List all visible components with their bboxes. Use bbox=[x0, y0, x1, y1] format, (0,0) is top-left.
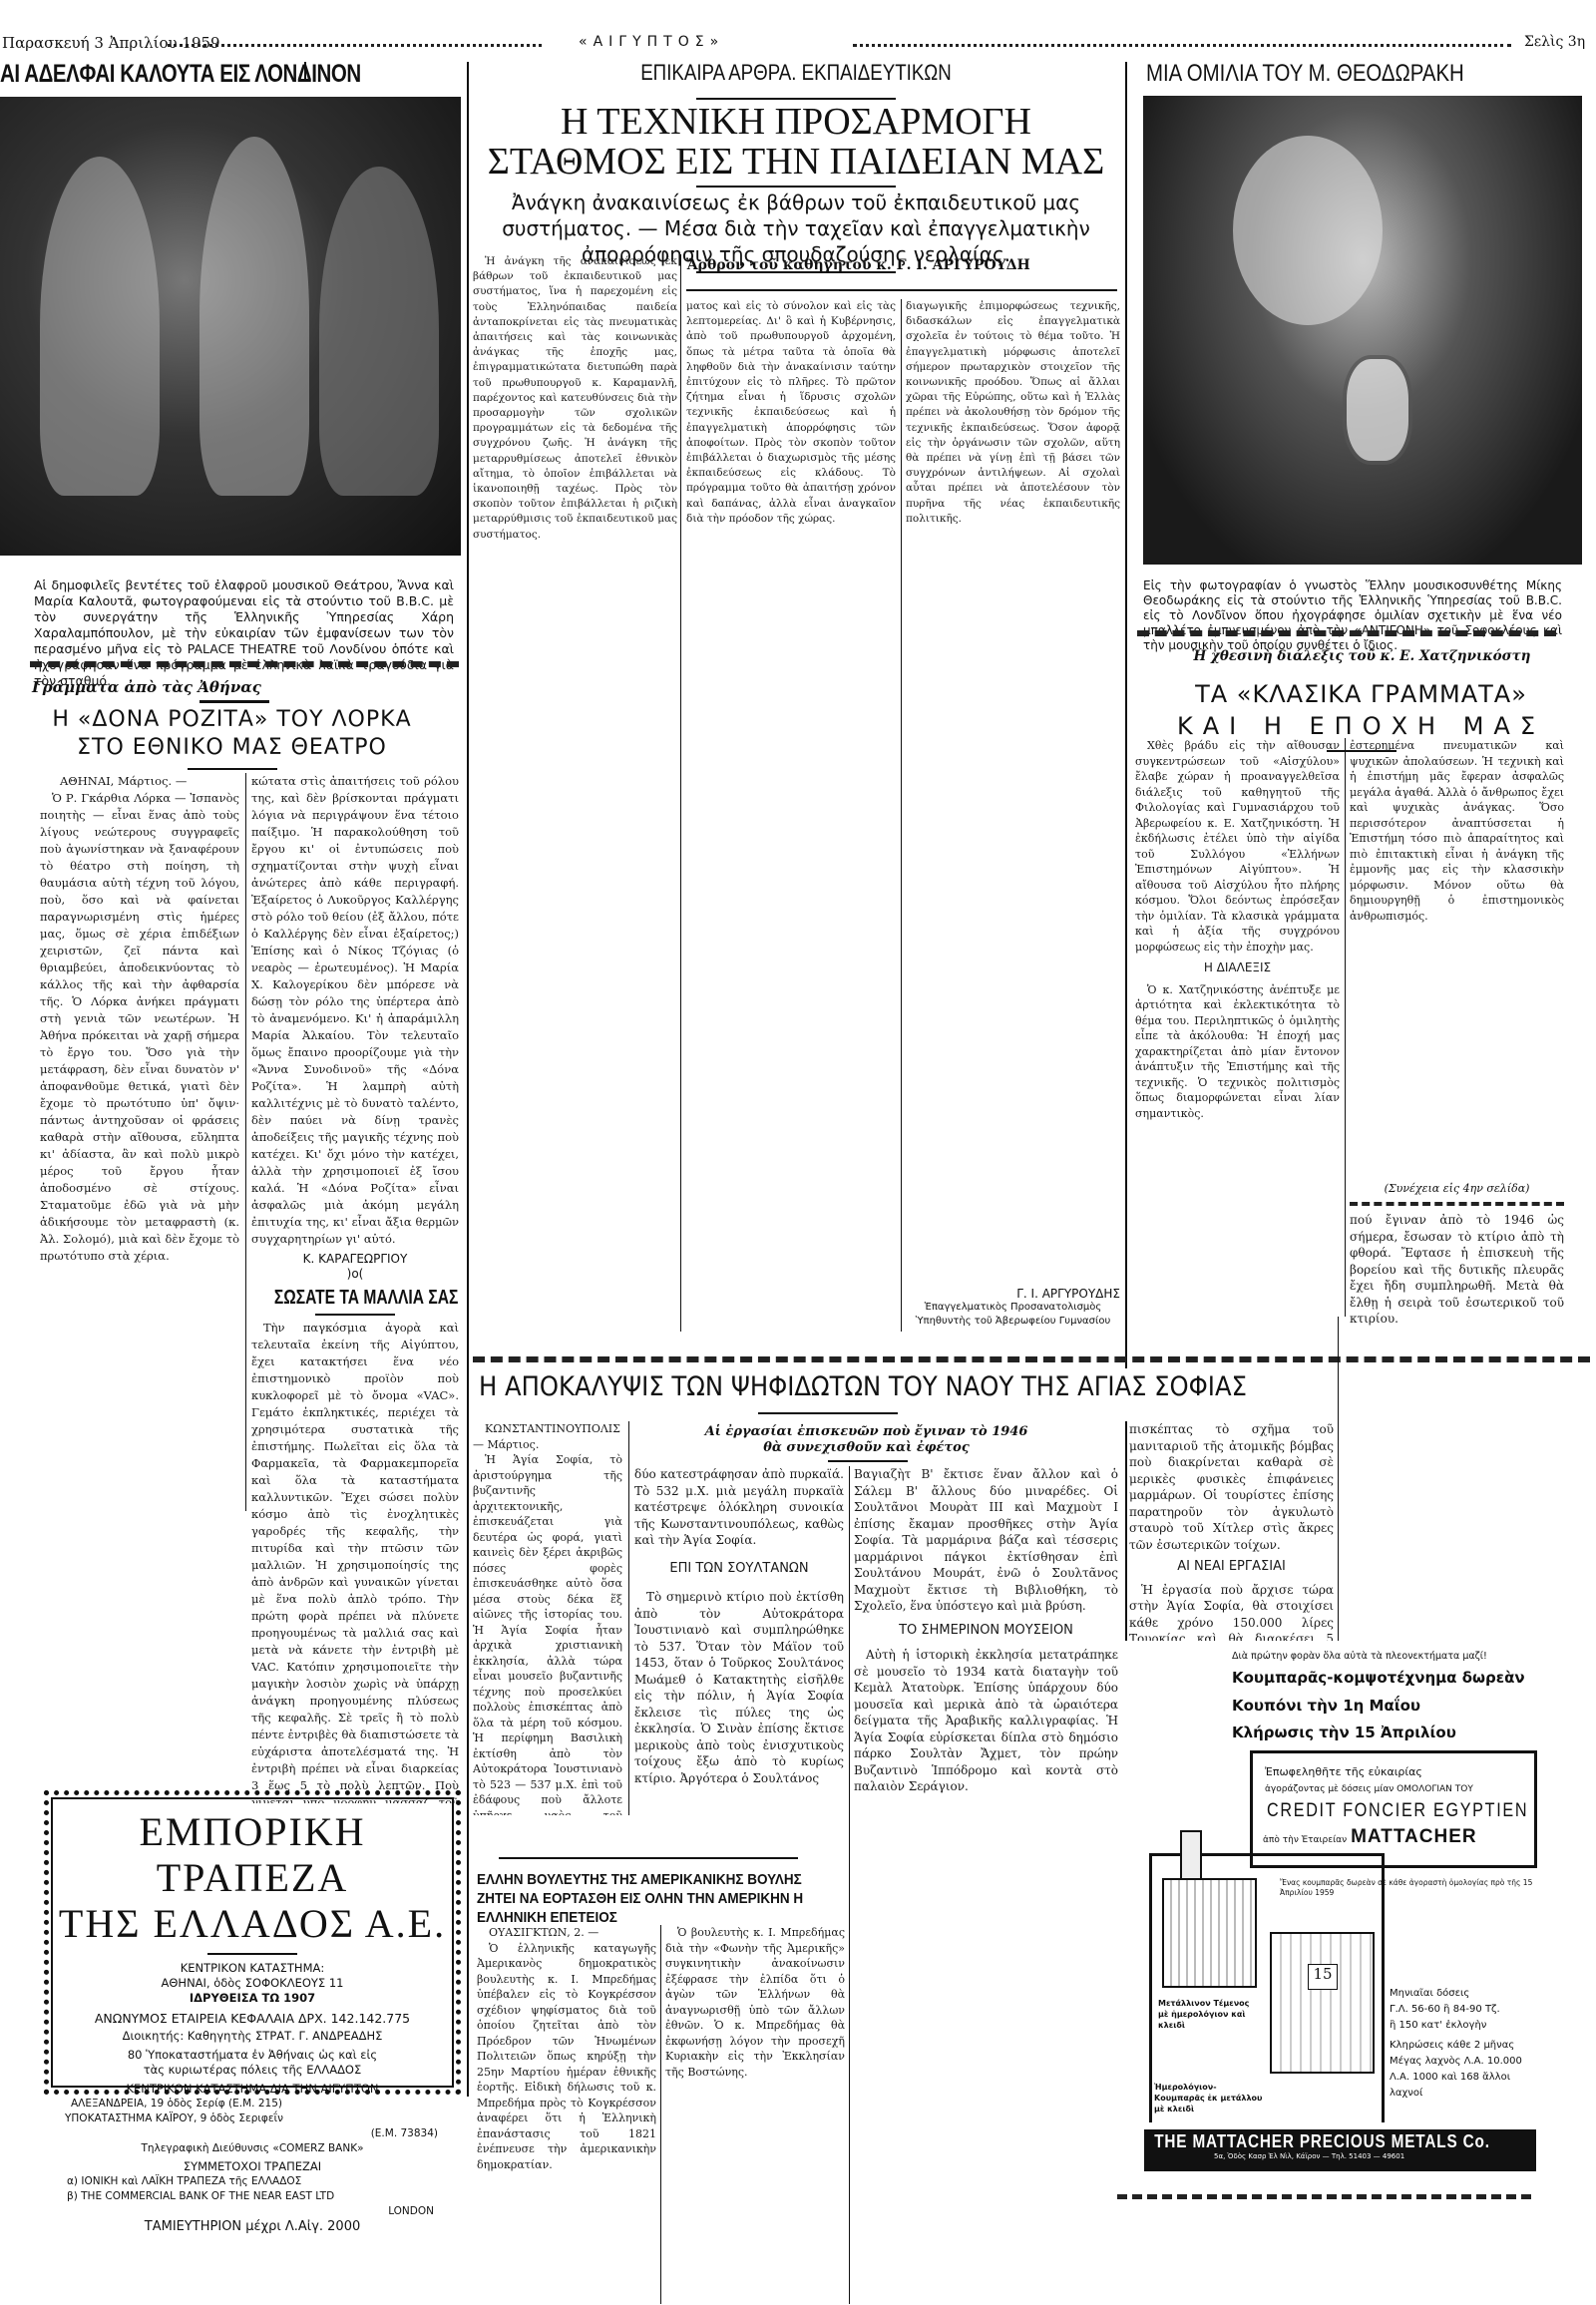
terms-line-4: Κληρώσεις κάθε 2 μῆνας bbox=[1390, 2038, 1539, 2054]
terms-line-6: Λ.Α. 1000 καὶ 168 ἄλλοι bbox=[1390, 2070, 1539, 2086]
cairo-branch: ΥΠΟΚΑΤΑΣΤΗΜΑ ΚΑΪΡΟΥ, 9 ὁδὸς Σεριφεΐν bbox=[49, 2112, 456, 2126]
dateline: ΟΥΑΣΙΓΚΤΩΝ, 2. — bbox=[477, 1925, 656, 1941]
terms-line-5: Μέγας λαχνὸς Λ.Α. 10.000 bbox=[1390, 2054, 1539, 2070]
terms-line-1: Μηνιαῖαι δόσεις bbox=[1390, 1986, 1539, 2002]
hair-product-article: ΣΩΣΑΤΕ ΤΑ ΜΑΛΛΙΑ ΣΑΣ Τὴν παγκόσμια ἀγορὰ… bbox=[251, 1287, 459, 1803]
box-line-3: CREDIT FONCIER EGYPTIEN bbox=[1267, 1800, 1494, 1822]
paragraph: Ὁ Ρ. Γκάρθια Λόρκα — Ἰσπανὸς ποιητὴς — ε… bbox=[40, 790, 239, 1265]
theodorakis-caption: Εἰς τὴν φωτογραφίαν ὁ γνωστὸς Ἕλλην μουσ… bbox=[1143, 578, 1562, 653]
byline-rule bbox=[686, 289, 1117, 291]
congress-top-rule bbox=[499, 1857, 798, 1859]
main-signature-block: Γ. Ι. ΑΡΓΥΡΟΥΔΗΣ Ἐπαγγελματικὸς Προσανατ… bbox=[906, 1287, 1120, 1329]
kicker-line-1: Αἱ ἐργασίαι ἐπισκευῶν ποὺ ἔγιναν τὸ 1946 bbox=[634, 1424, 1098, 1440]
photo-story-headline: ΑΙ ΑΔΕΛΦΑΙ ΚΑΛΟΥΤΑ ΕΙΣ ΛΟΝΔΙΝΟΝ bbox=[0, 60, 380, 89]
theodorakis-divider-dotted bbox=[1137, 630, 1556, 636]
theodorakis-photo bbox=[1143, 96, 1582, 565]
offer-line-2: Κουπόνι τὴν 1η Μαΐου bbox=[1232, 1697, 1420, 1715]
paragraph: δύο κατεστράφησαν ἀπὸ πυρκαϊά. Τὸ 532 μ.… bbox=[634, 1466, 844, 1549]
issue-date: Παρασκευή 3 Ἀπριλίου 1959 bbox=[2, 34, 220, 52]
terms: Μηνιαῖαι δόσεις Γ.Λ. 56-60 ἢ 84-90 Τζ. ἢ… bbox=[1390, 1986, 1539, 2102]
masthead-dotted-rule-right bbox=[853, 44, 1511, 47]
classics-col-divider bbox=[1350, 1202, 1564, 1206]
paragraph: Ἡ ἀνάγκη τῆς ἀνακαινίσεως ἐκ βάθρων τοῦ … bbox=[473, 254, 677, 543]
partner-banks-label: ΣΥΜΜΕΤΟΧΟΙ ΤΡΑΠΕΖΑΙ bbox=[49, 2159, 456, 2174]
governor: Διοικητής: Καθηγητὴς ΣΤΡΑΤ. Γ. ΑΝΔΡΕΑΔΗΣ bbox=[49, 2029, 456, 2044]
box-line-2: ἀγοράζοντας μὲ δόσεις μίαν ΟΜΟΛΟΓΙΑΝ ΤΟΥ bbox=[1265, 1784, 1534, 1794]
calendar-number: 15 bbox=[1308, 1964, 1338, 1990]
savings-info: ΤΑΜΙΕΥΤΗΡΙΟΝ μέχρι Λ.Αἰγ. 2000 bbox=[49, 2219, 456, 2234]
paragraph: Ἡ Ἁγία Σοφία, τὸ ἀριστούργημα τῆς βυζαντ… bbox=[473, 1452, 622, 1815]
sophia-kicker-rule bbox=[828, 1460, 908, 1462]
main-col-rule-1 bbox=[680, 254, 681, 1332]
box-line-4-prefix: ἀπὸ τὴν Ἑταιρείαν bbox=[1263, 1835, 1347, 1845]
headline-line-1: Η ΤΕΧΝΙΚΗ ΠΡΟΣΑΡΜΟΓΗ bbox=[471, 102, 1121, 142]
dateline: ΚΩΝΣΤΑΝΤΙΝΟΥΠΟΛΙΣ — Μάρτιος. bbox=[473, 1421, 622, 1452]
section-label: ΕΠΙΚΑΙΡΑ ΑΡΘΡΑ. ΕΚΠΑΙΔΕΥΤΙΚΩΝ bbox=[520, 60, 1072, 86]
sophia-headline-rule bbox=[758, 1412, 898, 1414]
offer-line-1: Κουμπαρᾶς-κομψοτέχνημα δωρεὰν bbox=[1232, 1669, 1525, 1687]
paragraph: πισκέπτας τὸ σχῆμα τοῦ μανιταριοῦ τῆς ἀτ… bbox=[1129, 1421, 1334, 1553]
egypt-hq: ΚΕΝΤΡΙΚΟΝ ΚΑΤΑΣΤΗΜΑ ΔΙΑ ΤΗΝ ΑΙΓΥΠΤΟΝ bbox=[49, 2082, 456, 2097]
terms-line-7: λαχνοί bbox=[1390, 2086, 1539, 2102]
sophia-col-4: πισκέπτας τὸ σχῆμα τοῦ μανιταριοῦ τῆς ἀτ… bbox=[1129, 1421, 1334, 1641]
paragraph: Χθὲς βράδυ εἰς τὴν αἴθουσαν συγκεντρώσεω… bbox=[1135, 738, 1340, 955]
branches-line-2: τὰς κυριωτέρας πόλεις τῆς ΕΛΛΑΔΟΣ bbox=[49, 2063, 456, 2078]
sophia-col-1: ΚΩΝΣΤΑΝΤΙΝΟΥΠΟΛΙΣ — Μάρτιος. Ἡ Ἁγία Σοφί… bbox=[473, 1421, 622, 1815]
sophia-headline: Η ΑΠΟΚΑΛΥΨΙΣ ΤΩΝ ΨΗΦΙΔΩΤΩΝ ΤΟΥ ΝΑΟΥ ΤΗΣ … bbox=[479, 1371, 1484, 1402]
page-number: Σελὶς 3η bbox=[1524, 34, 1585, 50]
classics-col-2-b: πού ἔγιναν ἀπὸ τὸ 1946 ὡς σήμερα, ἔσωσαν… bbox=[1350, 1212, 1564, 1641]
sophia-col-rule-4 bbox=[1338, 1317, 1339, 1641]
mosque-bank-icon bbox=[1162, 1878, 1257, 1988]
congress-col-2: Ὁ βουλευτὴς κ. Ι. Μπρεδήμας διὰ τὴν «Φων… bbox=[665, 1925, 845, 2304]
subheading: ΕΠΙ ΤΩΝ ΣΟΥΛΤΑΝΩΝ bbox=[634, 1561, 844, 1578]
item2-caption: Ἡμερολόγιον-Κουμπαρᾶς ἐκ μετάλλου μὲ κλε… bbox=[1154, 2082, 1264, 2114]
paragraph: πού ἔγιναν ἀπὸ τὸ 1946 ὡς σήμερα, ἔσωσαν… bbox=[1350, 1212, 1564, 1328]
company-address: 5α, Ὁδὸς Κασρ Ἐλ Νὶλ, Κάϊρον — Τηλ. 5140… bbox=[1144, 2152, 1536, 2160]
partner-bank-a: α) ΙΟΝΙΚΗ καὶ ΛΑΪΚΗ ΤΡΑΠΕΖΑ τῆς ΕΛΛΑΔΟΣ bbox=[49, 2174, 456, 2189]
terms-line-3: ἢ 150 κατ' ἐκλογὴν bbox=[1390, 2018, 1539, 2034]
main-article: ΕΠΙΚΑΙΡΑ ΑΡΘΡΑ. ΕΚΠΑΙΔΕΥΤΙΚΩΝ Η ΤΕΧΝΙΚΗ … bbox=[471, 60, 1121, 273]
rule-mid bbox=[696, 186, 896, 188]
hair-ad-text: Τὴν παγκόσμια ἀγορὰ καὶ τελευταῖα ἐκείνη… bbox=[251, 1320, 459, 1803]
mattacher-advertisement: Διὰ πρώτην φορὰν ὅλα αὐτὰ τὰ πλεονεκτήμα… bbox=[1132, 1651, 1596, 2169]
box-line-4: ἀπὸ τὴν Ἑταιρείαν MATTACHER bbox=[1263, 1826, 1534, 1848]
main-byline: Ἄρθρον τοῦ καθηγητοῦ κ. Γ. Ι. ΑΡΓΥΡΟΥΔΗ bbox=[686, 257, 1117, 273]
article-kicker: Γράμματα ἀπὸ τὰς Ἀθήνας bbox=[0, 678, 464, 696]
main-col-3: διαγωγικῆς ἐπιμορφώσεως τεχνικῆς, διδασκ… bbox=[906, 299, 1120, 1287]
alexandria-branch: ΑΛΕΞΑΝΔΡΕΙΑ, 19 ὁδὸς Σερίφ (Ε.Μ. 215) bbox=[49, 2097, 456, 2112]
author-title: Ἐπαγγελματικὸς Προσανατολισμὸς Ὑπηθυντὴς… bbox=[906, 1301, 1120, 1329]
partner-bank-b: β) THE COMMERCIAL BANK OF THE NEAR EAST … bbox=[49, 2189, 456, 2204]
kalouta-sisters-photo bbox=[0, 97, 461, 556]
bank-name-line-2: ΤΗΣ ΕΛΛΑΔΟΣ Α.Ε. bbox=[49, 1901, 456, 1947]
sophia-col-rule-2 bbox=[849, 1466, 850, 2304]
paragraph: κώτατα στὶς ἀπαιτήσεις τοῦ ρόλου της, κα… bbox=[251, 773, 459, 1248]
left-photo-story: ΑΙ ΑΔΕΛΦΑΙ ΚΑΛΟΥΤΑ ΕΙΣ ΛΟΝΔΙΝΟΝ Αἱ δημοφ… bbox=[0, 60, 464, 689]
paper-name: «ΑΙΓΥΠΤΟΣ» bbox=[579, 34, 724, 50]
gift-note: Ἕνας κουμπαρᾶς δωρεὰν σὲ κάθε ἀγοραστὴ ὁ… bbox=[1280, 1878, 1539, 1898]
headline-line-1: Η «ΔΟΝΑ ΡΟΖΙΤΑ» ΤΟΥ ΛΟΡΚΑ bbox=[0, 706, 464, 734]
hair-ad-rule bbox=[315, 1314, 395, 1316]
paragraph: Αὐτὴ ἡ ἱστορικὴ ἐκκλησία μετατράπηκε σὲ … bbox=[854, 1647, 1118, 1795]
lorca-col-2: κώτατα στὶς ἀπαιτήσεις τοῦ ρόλου της, κα… bbox=[251, 773, 459, 1252]
sophia-col-rule-1 bbox=[628, 1421, 629, 1815]
masthead: Παρασκευή 3 Ἀπριλίου 1959 «ΑΙΓΥΠΤΟΣ» Σελ… bbox=[0, 34, 1596, 58]
founded-year: ΙΔΡΥΘΕΙΣΑ ΤΩ 1907 bbox=[49, 1991, 456, 2006]
paragraph: ματος καὶ εἰς τὸ σύνολον καὶ εἰς τὰς λεπ… bbox=[686, 299, 896, 527]
author-signature: Γ. Ι. ΑΡΓΥΡΟΥΔΗΣ bbox=[906, 1287, 1120, 1301]
offer-line-3: Κλήρωσις τὴν 15 Ἀπριλίου bbox=[1232, 1724, 1456, 1741]
paragraph: Ὁ κ. Χατζηνικόστης ἀνέπτυξε με ἀρτιότητα… bbox=[1135, 982, 1340, 1122]
classics-col-rule bbox=[1345, 738, 1346, 1317]
hq-label: ΚΕΝΤΡΙΚΟΝ ΚΑΤΑΣΤΗΜΑ: bbox=[49, 1961, 456, 1976]
paragraph: Ἡ ἐργασία ποὺ ἄρχισε τώρα στὴν Ἁγία Σοφί… bbox=[1129, 1582, 1334, 1642]
mattacher-brand: MATTACHER bbox=[1351, 1826, 1477, 1847]
sophia-col-3: Βαγιαζὴτ Β' ἔκτισε ἕναν ἄλλον καὶ ὁ Σάλε… bbox=[854, 1466, 1118, 2304]
subheading: ΤΟ ΣΗΜΕΡΙΝΟΝ ΜΟΥΣΕΙΟΝ bbox=[854, 1623, 1118, 1640]
congress-headline: ΕΛΛΗΝ ΒΟΥΛΕΥΤΗΣ ΤΗΣ ΑΜΕΡΙΚΑΝΙΚΗΣ ΒΟΥΛΗΣ … bbox=[477, 1870, 809, 1927]
sophia-col-2: δύο κατεστράφησαν ἀπὸ πυρκαϊά. Τὸ 532 μ.… bbox=[634, 1466, 844, 1815]
separator-ornament: )o( bbox=[251, 1267, 459, 1281]
paragraph: Ὁ ἑλληνικῆς καταγωγῆς Ἀμερικανὸς δημοκρα… bbox=[477, 1941, 656, 2173]
promo-line: Διὰ πρώτην φορὰν ὅλα αὐτὰ τὰ πλεονεκτήμα… bbox=[1232, 1651, 1487, 1662]
capital: ΑΝΩΝΥΜΟΣ ΕΤΑΙΡΕΙΑ ΚΕΦΑΛΑΙΑ ΔΡΧ. 142.142.… bbox=[49, 2011, 456, 2026]
masthead-dotted-rule-left bbox=[168, 44, 542, 47]
theodorakis-story: ΜΙΑ ΟΜΙΛΙΑ ΤΟΥ Μ. ΘΕΟΔΩΡΑΚΗ Εἰς τὴν φωτο… bbox=[1129, 60, 1593, 653]
classics-col-1: Χθὲς βράδυ εἰς τὴν αἴθουσαν συγκεντρώσεω… bbox=[1135, 738, 1340, 1317]
article-headline: Η «ΔΟΝΑ ΡΟΖΙΤΑ» ΤΟΥ ΛΟΡΚΑ ΣΤΟ ΕΘΝΙΚΟ ΜΑΣ… bbox=[0, 706, 464, 762]
offer-box: Ἐπωφεληθῆτε τῆς εὐκαιρίας ἀγοράζοντας μὲ… bbox=[1250, 1750, 1537, 1868]
bank-details: ΚΕΝΤΡΙΚΟΝ ΚΑΤΑΣΤΗΜΑ: ΑΘΗΝΑΙ, ὁδὸς ΣΟΦΟΚΛ… bbox=[49, 1961, 456, 2234]
classics-col-2: ἐστερημένα πνευματικῶν καὶ ψυχικῶν ἀπολα… bbox=[1350, 738, 1564, 1177]
paragraph: ἐστερημένα πνευματικῶν καὶ ψυχικῶν ἀπολα… bbox=[1350, 738, 1564, 924]
section-divider-dotted bbox=[30, 661, 459, 667]
main-col-rule-2 bbox=[901, 299, 902, 1332]
branches-line-1: 80 Ὑποκαταστήματα ἐν Ἀθήναις ὡς καὶ εἰς bbox=[49, 2048, 456, 2063]
headline-line-2: ΣΤΑΘΜΟΣ ΕΙΣ ΤΗΝ ΠΑΙΔΕΙΑΝ ΜΑΣ bbox=[471, 142, 1121, 182]
paragraph: Βαγιαζὴτ Β' ἔκτισε ἕναν ἄλλον καὶ ὁ Σάλε… bbox=[854, 1466, 1118, 1615]
theodorakis-headline: ΜΙΑ ΟΜΙΛΙΑ ΤΟΥ Μ. ΘΕΟΔΩΡΑΚΗ bbox=[1129, 60, 1523, 88]
box-line-1: Ἐπωφεληθῆτε τῆς εὐκαιρίας bbox=[1265, 1765, 1534, 1778]
item1-caption: Μετάλλινον Τέμενος μὲ ἡμερολόγιον καὶ κλ… bbox=[1158, 1998, 1258, 2031]
company-banner: THE MATTACHER PRECIOUS METALS Co. 5α, Ὁδ… bbox=[1144, 2129, 1536, 2171]
terms-line-2: Γ.Λ. 56-60 ἢ 84-90 Τζ. bbox=[1390, 2002, 1539, 2018]
calendar-bank-icon: 15 bbox=[1270, 1932, 1375, 2074]
headline-line-1: ΤΑ «ΚΛΑΣΙΚΑ ΓΡΑΜΜΑΤΑ» bbox=[1129, 678, 1593, 710]
main-col-2: ματος καὶ εἰς τὸ σύνολον καὶ εἰς τὰς λεπ… bbox=[686, 299, 896, 1332]
bank-name-line-1: ΕΜΠΟΡΙΚΗ ΤΡΑΠΕΖΑ bbox=[49, 1809, 456, 1901]
company-name: THE MATTACHER PRECIOUS METALS Co. bbox=[1144, 2129, 1477, 2152]
hq-address: ΑΘΗΝΑΙ, ὁδὸς ΣΟΦΟΚΛΕΟΥΣ 11 bbox=[49, 1976, 456, 1991]
lorca-article: Γράμματα ἀπὸ τὰς Ἀθήνας Η «ΔΟΝΑ ΡΟΖΙΤΑ» … bbox=[0, 678, 464, 770]
headline-rule bbox=[188, 768, 277, 770]
classics-kicker: Ἡ χθεσινὴ διάλεξις τοῦ κ. Ε. Χατζηνικόστ… bbox=[1129, 648, 1593, 664]
column-rule-2 bbox=[1125, 62, 1127, 1368]
congress-col-1: ΟΥΑΣΙΓΚΤΩΝ, 2. — Ὁ ἑλληνικῆς καταγωγῆς Ἀ… bbox=[477, 1925, 656, 2304]
telegraph-address: Τηλεγραφικὴ Διεύθυνσις «COMERZ BANK» bbox=[49, 2141, 456, 2156]
congress-headline-text: ΕΛΛΗΝ ΒΟΥΛΕΥΤΗΣ ΤΗΣ ΑΜΕΡΙΚΑΝΙΚΗΣ ΒΟΥΛΗΣ … bbox=[477, 1871, 803, 1926]
congress-col-rule bbox=[660, 1925, 661, 2304]
main-col-1: Ἡ ἀνάγκη τῆς ἀνακαινίσεως ἐκ βάθρων τοῦ … bbox=[473, 254, 677, 1332]
headline-line-2: ΣΤΟ ΕΘΝΙΚΟ ΜΑΣ ΘΕΑΤΡΟ bbox=[0, 734, 464, 762]
lorca-col-1: ΑΘΗΝΑΙ, Μάρτιος. — Ὁ Ρ. Γκάρθια Λόρκα — … bbox=[40, 773, 239, 1511]
ad-frame-left bbox=[1149, 1853, 1152, 2122]
partner-bank-b-city: LONDON bbox=[49, 2204, 456, 2219]
sophia-col-rule-3 bbox=[1125, 1421, 1127, 1641]
classics-article: Ἡ χθεσινὴ διάλεξις τοῦ κ. Ε. Χατζηνικόστ… bbox=[1129, 648, 1593, 752]
photo-caption: Αἱ δημοφιλεῖς βεντέτες τοῦ ἐλαφροῦ μουσι… bbox=[0, 577, 464, 689]
bank-advertisement: ΕΜΠΟΡΙΚΗ ΤΡΑΠΕΖΑ ΤΗΣ ΕΛΛΑΔΟΣ Α.Ε. ΚΕΝΤΡΙ… bbox=[44, 1790, 461, 2095]
paragraph: Τὸ σημερινὸ κτίριο ποὺ ἐκτίσθη ἀπὸ τὸν Α… bbox=[634, 1589, 844, 1786]
hair-ad-headline: ΣΩΣΑΤΕ ΤΑ ΜΑΛΛΙΑ ΣΑΣ bbox=[274, 1287, 436, 1310]
classics-continued: (Συνέχεια εἰς 4ην σελίδα) bbox=[1350, 1182, 1564, 1195]
column-rule-1 bbox=[467, 62, 469, 2097]
subheading: ΑΙ ΝΕΑΙ ΕΡΓΑΣΙΑΙ bbox=[1129, 1559, 1334, 1576]
rule-top bbox=[696, 98, 896, 100]
bank-name: ΕΜΠΟΡΙΚΗ ΤΡΑΠΕΖΑ ΤΗΣ ΕΛΛΑΔΟΣ Α.Ε. bbox=[49, 1809, 456, 1947]
paragraph: διαγωγικῆς ἐπιμορφώσεως τεχνικῆς, διδασκ… bbox=[906, 299, 1120, 527]
bottom-right-dotted-rule bbox=[1117, 2194, 1531, 2199]
lorca-col-rule bbox=[245, 773, 246, 1511]
classics-headline: ΤΑ «ΚΛΑΣΙΚΑ ΓΡΑΜΜΑΤΑ» ΚΑΙ Η ΕΠΟΧΗ ΜΑΣ bbox=[1129, 678, 1593, 742]
kicker-line-2: θὰ συνεχισθοῦν καὶ ἐφέτος bbox=[634, 1440, 1098, 1456]
paragraph: Ὁ βουλευτὴς κ. Ι. Μπρεδήμας διὰ τὴν «Φων… bbox=[665, 1925, 845, 2080]
dateline: ΑΘΗΝΑΙ, Μάρτιος. — bbox=[40, 773, 239, 790]
lorca-signature: Κ. ΚΑΡΑΓΕΩΡΓΙΟΥ )o( bbox=[251, 1252, 459, 1281]
author-signature: Κ. ΚΑΡΑΓΕΩΡΓΙΟΥ bbox=[251, 1252, 459, 1266]
cairo-em-number: (Ε.Μ. 73834) bbox=[49, 2126, 456, 2141]
subheading: Η ΔΙΑΛΕΞΙΣ bbox=[1135, 960, 1340, 976]
sophia-kicker: Αἱ ἐργασίαι ἐπισκευῶν ποὺ ἔγιναν τὸ 1946… bbox=[634, 1424, 1098, 1456]
main-headline: Η ΤΕΧΝΙΚΗ ΠΡΟΣΑΡΜΟΓΗ ΣΤΑΘΜΟΣ ΕΙΣ ΤΗΝ ΠΑΙ… bbox=[471, 102, 1121, 182]
bank-ad-rule bbox=[207, 1953, 297, 1955]
